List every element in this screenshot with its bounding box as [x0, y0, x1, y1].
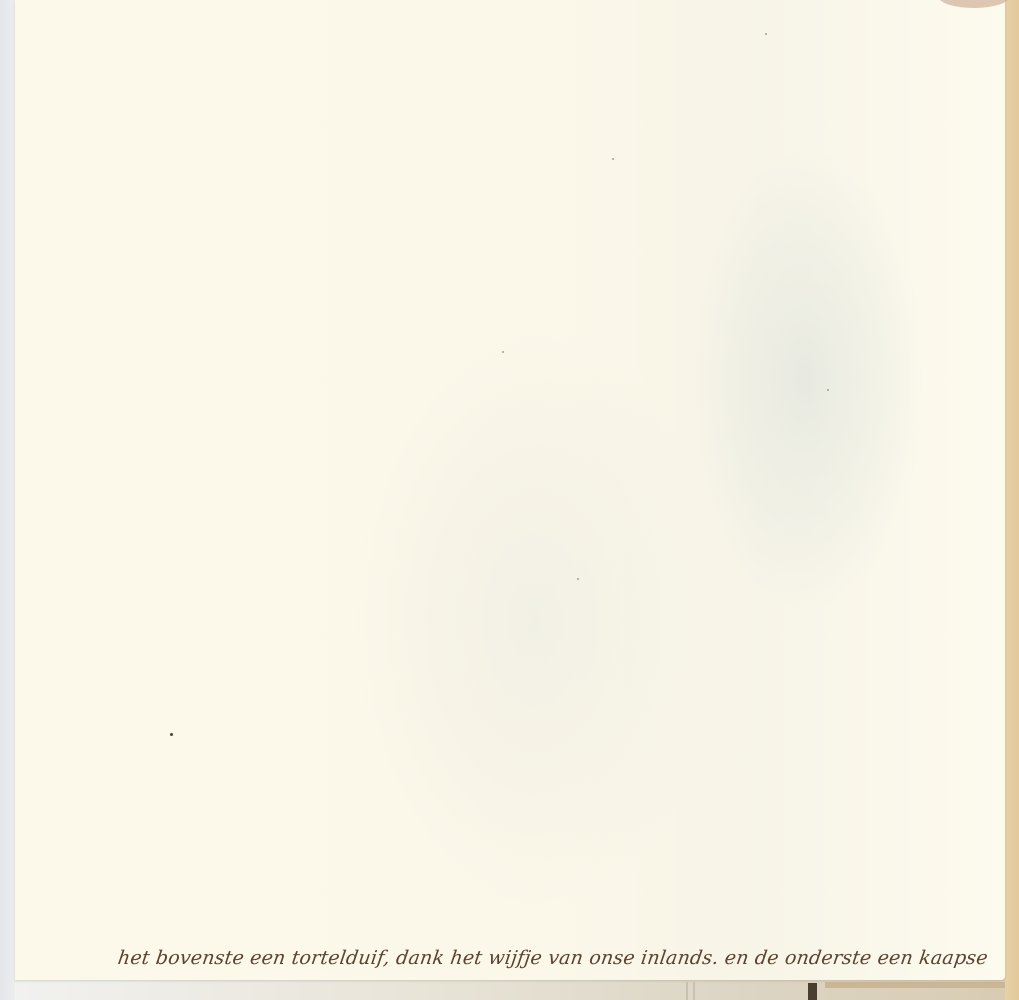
mount-board-edge [1005, 0, 1019, 1000]
scan-background-left [0, 0, 15, 1000]
underlying-sheet-line [693, 982, 695, 1000]
paper-speck [502, 351, 504, 353]
underlying-board-edge [825, 982, 1019, 988]
paper-speck [170, 733, 173, 736]
underlying-sheet-mark [808, 983, 817, 1000]
paper-speck [612, 158, 614, 160]
paper-speck [577, 578, 579, 580]
paper-speck [827, 389, 829, 391]
paper-speck [765, 33, 767, 35]
handwritten-caption: het bovenste een tortelduif, dank het wi… [116, 947, 999, 969]
manuscript-page [15, 0, 1005, 980]
underlying-sheet-line [686, 982, 688, 1000]
